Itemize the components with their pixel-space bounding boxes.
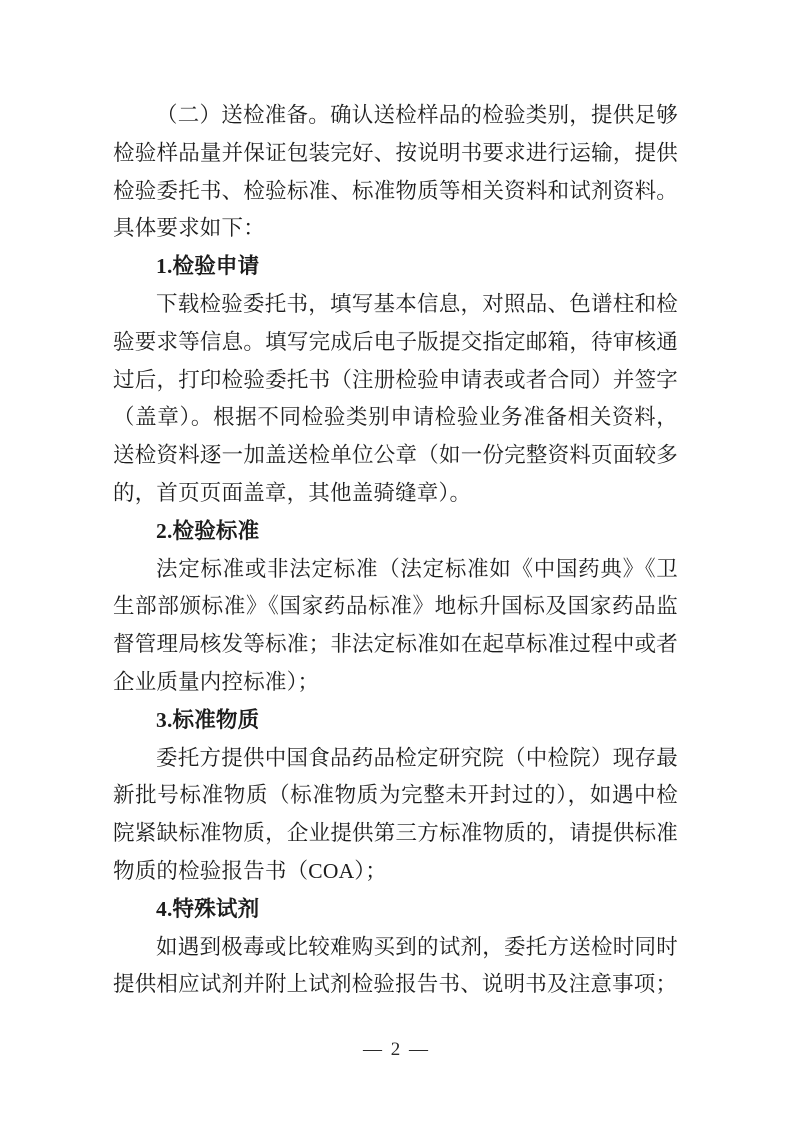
document-page: （二）送检准备。确认送检样品的检验类别，提供足够检验样品量并保证包装完好、按说明… <box>0 0 793 1122</box>
heading-reference-materials: 3.标准物质 <box>113 702 678 740</box>
heading-inspection-application: 1.检验申请 <box>113 248 678 286</box>
paragraph-inspection-standards: 法定标准或非法定标准（法定标准如《中国药典》《卫生部部颁标准》《国家药品标准》地… <box>113 551 678 702</box>
paragraph-special-reagents: 如遇到极毒或比较难购买到的试剂，委托方送检时同时提供相应试剂并附上试剂检验报告书… <box>113 929 678 1005</box>
paragraph-inspection-application: 下载检验委托书，填写基本信息，对照品、色谱柱和检验要求等信息。填写完成后电子版提… <box>113 286 678 513</box>
paragraph-submission-preparation: （二）送检准备。确认送检样品的检验类别，提供足够检验样品量并保证包装完好、按说明… <box>113 97 678 248</box>
document-body: （二）送检准备。确认送检样品的检验类别，提供足够检验样品量并保证包装完好、按说明… <box>113 97 678 1004</box>
paragraph-reference-materials: 委托方提供中国食品药品检定研究院（中检院）现存最新批号标准物质（标准物质为完整未… <box>113 740 678 891</box>
heading-special-reagents: 4.特殊试剂 <box>113 891 678 929</box>
page-number: — 2 — <box>0 1038 793 1062</box>
heading-inspection-standards: 2.检验标准 <box>113 513 678 551</box>
